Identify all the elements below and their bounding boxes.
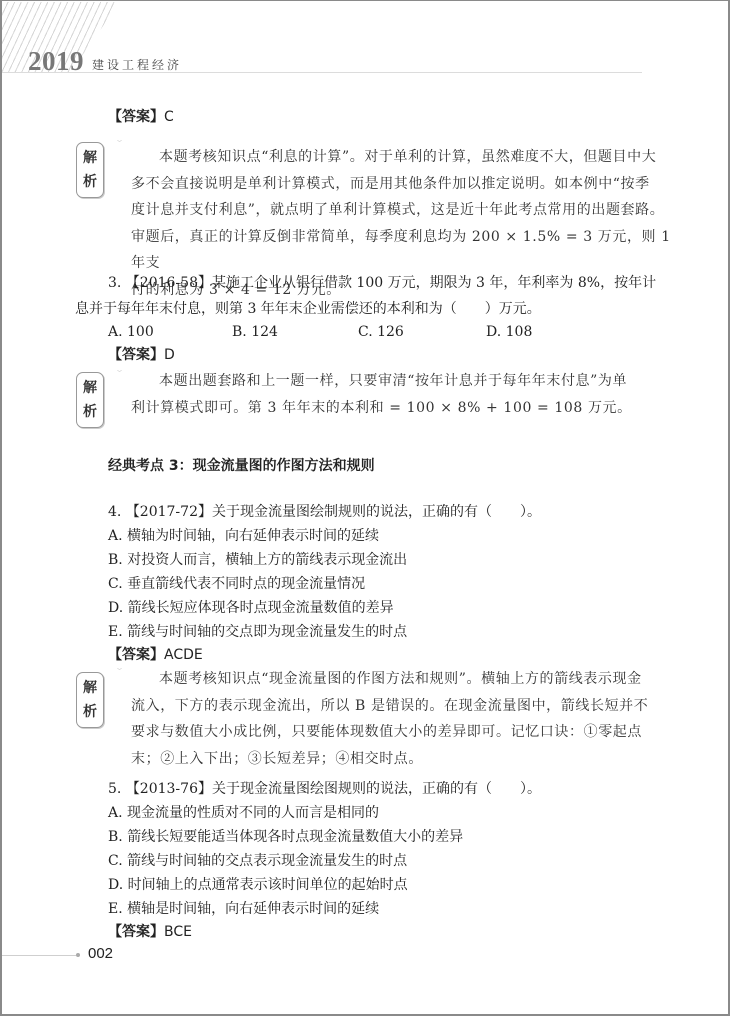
header-book-title: 建设工程经济 bbox=[92, 56, 182, 73]
page-number: 002 bbox=[88, 945, 113, 962]
footer-rule bbox=[2, 955, 76, 956]
answer-value: BCE bbox=[164, 924, 192, 940]
analysis-badge: 解 析 bbox=[76, 142, 104, 198]
q5-choice-e: E. 横轴是时间轴，向右延伸表示时间的延续 bbox=[108, 899, 379, 919]
badge-char: 析 bbox=[83, 400, 97, 424]
q5-choice-a: A. 现金流量的性质对不同的人而言是相同的 bbox=[108, 803, 379, 823]
answer-value: C bbox=[164, 109, 174, 125]
answer-label: 【答案】 bbox=[108, 109, 164, 125]
q4-choice-d: D. 箭线长短应体现各时点现金流量数值的差异 bbox=[108, 598, 394, 618]
badge-char: 解 bbox=[83, 676, 97, 700]
answer-label: 【答案】 bbox=[108, 924, 164, 940]
badge-char: 析 bbox=[83, 170, 97, 194]
answer-value: ACDE bbox=[164, 647, 203, 663]
header-year: 2019 bbox=[28, 46, 84, 77]
q3-choice-b: B. 124 bbox=[232, 322, 278, 342]
q4-choice-e: E. 箭线与时间轴的交点即为现金流量发生的时点 bbox=[108, 622, 407, 642]
q4-choice-a: A. 横轴为时间轴，向右延伸表示时间的延续 bbox=[108, 526, 379, 546]
q5-stem: 5. 【2013-76】关于现金流量图绘图规则的说法，正确的有（ ）。 bbox=[108, 779, 541, 799]
answer-label: 【答案】 bbox=[108, 647, 164, 663]
badge-char: 解 bbox=[83, 376, 97, 400]
q3-analysis: 本题出题套路和上一题一样，只要审清“按年计息并于每年年末付息”为单 利计算模式即… bbox=[131, 368, 676, 421]
q4-choice-b: B. 对投资人而言，横轴上方的箭线表示现金流出 bbox=[108, 550, 407, 570]
q3-choice-c: C. 126 bbox=[358, 322, 404, 342]
q4-answer: 【答案】ACDE bbox=[108, 645, 203, 665]
q5-choice-b: B. 箭线长短要能适当体现各时点现金流量数值大小的差异 bbox=[108, 827, 463, 847]
section-title: 经典考点 3：现金流量图的作图方法和规则 bbox=[108, 456, 375, 476]
answer-label: 【答案】 bbox=[108, 347, 164, 363]
q3-choice-d: D. 108 bbox=[486, 322, 532, 342]
q5-answer: 【答案】BCE bbox=[108, 922, 192, 942]
footer-dot bbox=[76, 953, 80, 957]
q2-answer: 【答案】C bbox=[108, 107, 174, 127]
chevron-rule-decoration: ﹀﹀﹀﹀﹀﹀﹀﹀﹀﹀﹀﹀ bbox=[116, 370, 124, 440]
chevron-rule-decoration: ﹀﹀﹀﹀﹀﹀﹀﹀﹀﹀﹀﹀﹀﹀﹀﹀﹀ bbox=[116, 668, 124, 768]
q3-stem-line-2: 息并于每年年末付息，则第 3 年年末企业需偿还的本利和为（ ）万元。 bbox=[75, 299, 541, 319]
q4-analysis: 本题考核知识点“现金流量图的作图方法和规则”。横轴上方的箭线表示现金 流入，下方… bbox=[131, 666, 676, 772]
badge-char: 析 bbox=[83, 700, 97, 724]
answer-value: D bbox=[164, 347, 175, 363]
chevron-rule-decoration: ﹀﹀﹀﹀﹀﹀﹀﹀﹀﹀﹀﹀﹀﹀﹀﹀﹀﹀﹀﹀﹀﹀ bbox=[116, 140, 124, 270]
q3-answer: 【答案】D bbox=[108, 345, 175, 365]
badge-char: 解 bbox=[83, 146, 97, 170]
q5-choice-c: C. 箭线与时间轴的交点表示现金流量发生的时点 bbox=[108, 851, 407, 871]
q5-choice-d: D. 时间轴上的点通常表示该时间单位的起始时点 bbox=[108, 875, 408, 895]
q4-stem: 4. 【2017-72】关于现金流量图绘制规则的说法，正确的有（ ）。 bbox=[108, 502, 541, 522]
q4-choice-c: C. 垂直箭线代表不同时点的现金流量情况 bbox=[108, 574, 365, 594]
q3-stem-line-1: 3. 【2016-58】某施工企业从银行借款 100 万元，期限为 3 年，年利… bbox=[108, 273, 656, 293]
q3-choice-a: A. 100 bbox=[108, 322, 154, 342]
analysis-badge: 解 析 bbox=[76, 372, 104, 428]
analysis-badge: 解 析 bbox=[76, 672, 104, 728]
